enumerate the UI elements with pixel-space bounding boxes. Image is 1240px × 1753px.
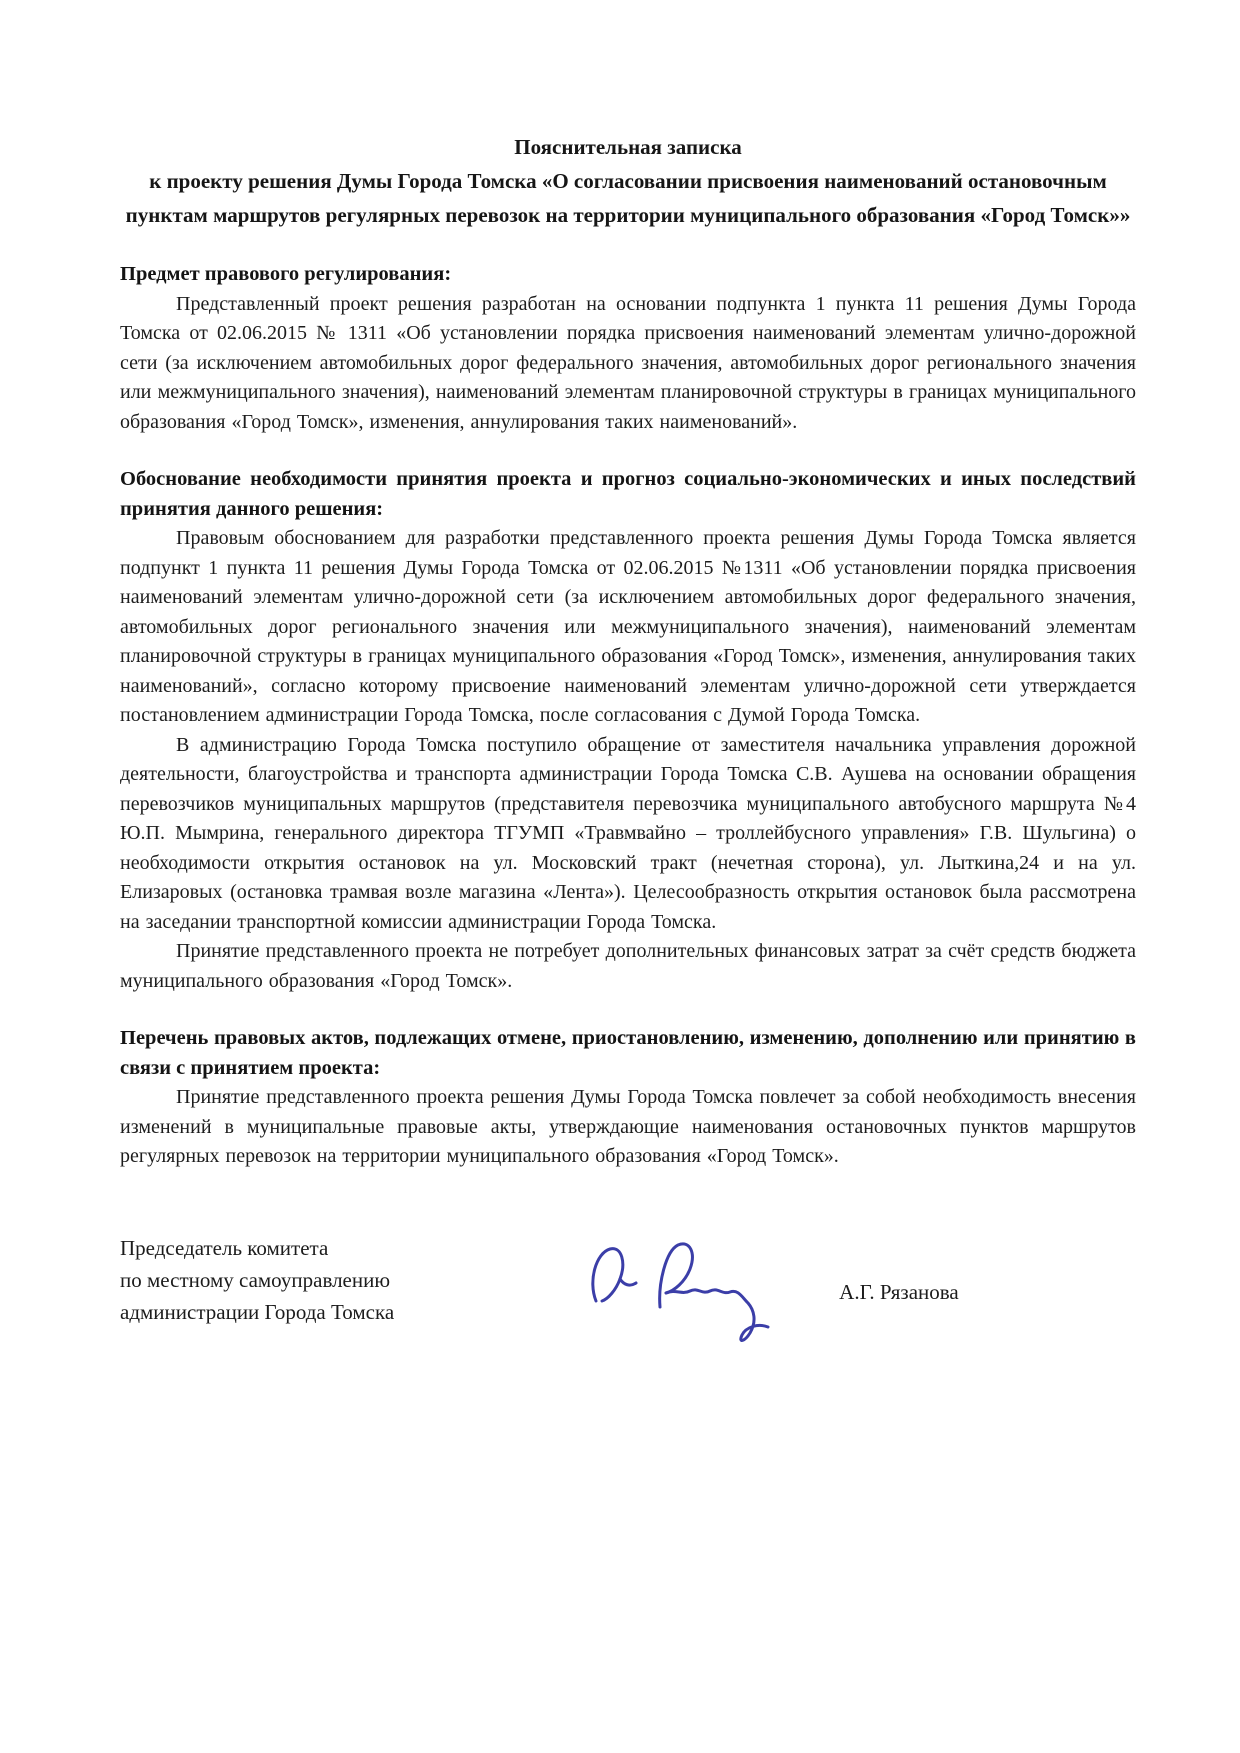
paragraph: Правовым обоснованием для разработки пре… bbox=[120, 524, 1136, 731]
document-page: Пояснительная записка к проекту решения … bbox=[0, 0, 1240, 1753]
signatory-position: Председатель комитета по местному самоуп… bbox=[120, 1232, 394, 1328]
document-title-line2: к проекту решения Думы Города Томска «О … bbox=[120, 164, 1136, 232]
section-subject: Предмет правового регулирования: Предста… bbox=[120, 260, 1136, 437]
paragraph: Представленный проект решения разработан… bbox=[120, 290, 1136, 438]
section-subject-heading: Предмет правового регулирования: bbox=[120, 260, 1136, 290]
paragraph: Принятие представленного проекта не потр… bbox=[120, 937, 1136, 996]
paragraph: Принятие представленного проекта решения… bbox=[120, 1083, 1136, 1172]
section-acts-list-heading: Перечень правовых актов, подлежащих отме… bbox=[120, 1024, 1136, 1083]
signatory-name: А.Г. Рязанова bbox=[839, 1280, 959, 1305]
document-title: Пояснительная записка к проекту решения … bbox=[120, 130, 1136, 232]
section-justification: Обоснование необходимости принятия проек… bbox=[120, 465, 1136, 996]
paragraph: В администрацию Города Томска поступило … bbox=[120, 731, 1136, 938]
section-justification-heading: Обоснование необходимости принятия проек… bbox=[120, 465, 1136, 524]
signature-block: Председатель комитета по местному самоуп… bbox=[120, 1232, 1136, 1362]
section-acts-list: Перечень правовых актов, подлежащих отме… bbox=[120, 1024, 1136, 1172]
signature-image bbox=[574, 1237, 784, 1362]
document-title-line1: Пояснительная записка bbox=[120, 130, 1136, 164]
